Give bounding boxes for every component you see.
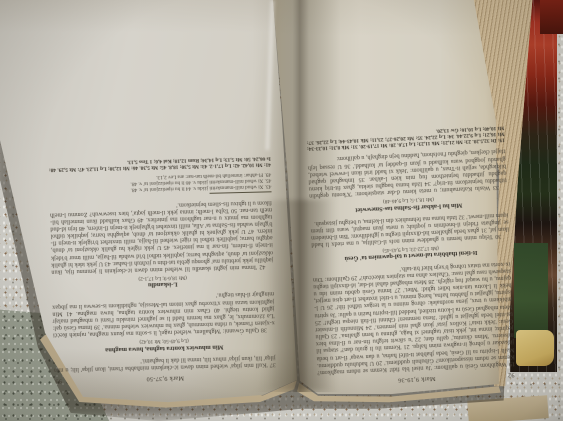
running-head-left-label: Mark 9,37-50 <box>146 374 184 382</box>
body-paragraph: 38 Qallu Ġwanni: 'Mgħallem, wieħed raġel… <box>52 290 275 338</box>
right-page-text: Mark 9,19-36 92 19 Weġibhom Ġesù u qalil… <box>302 36 515 388</box>
footnote-separator <box>210 192 272 195</box>
painting-red-corner <box>540 0 563 34</box>
body-paragraph: 42 'Imma min jagħti skandlu lil wieħed m… <box>50 198 274 275</box>
open-book-photo: Mark 9,37-50 93 37 'Kull min jilqa' wieħ… <box>0 0 563 421</box>
page-number-left: 93 <box>55 377 62 384</box>
body-paragraph: 37 'Kull min jilqa' wieħed minn dawn iċ-… <box>54 353 276 373</box>
cross-references: 41: Mt 10,42. 42: Lq 17,1-2. 43: Mt 5,30… <box>49 155 271 173</box>
yellow-object <box>516 330 554 366</box>
page-number-right: 92 <box>508 371 515 378</box>
body-paragraph: 19 Weġibhom Ġesù u qalilhom: 'Ja nisel b… <box>312 259 515 375</box>
body-paragraph: 33 Waslu Kafarnahum; u meta kienu d-dar … <box>307 147 507 199</box>
green-object <box>514 243 548 338</box>
left-page-text: Mark 9,37-50 93 37 'Kull min jilqa' wieħ… <box>46 39 276 384</box>
